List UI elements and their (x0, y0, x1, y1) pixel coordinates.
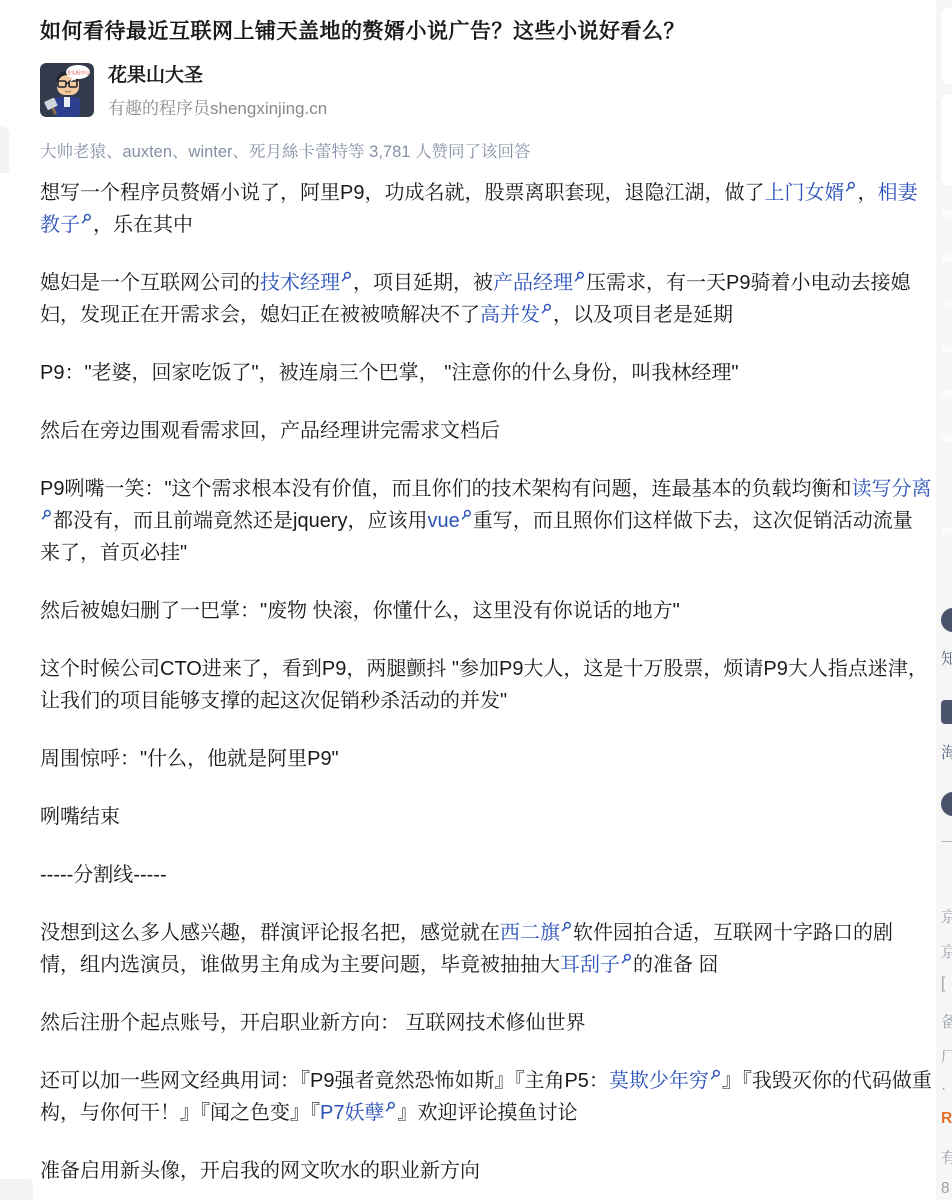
search-icon (541, 303, 552, 314)
answer-text: ， (857, 182, 877, 204)
answer-paragraph: 然后在旁边围观看需求回，产品经理讲完需求文档后 (40, 415, 932, 447)
answer-paragraph: P9："老婆，回家吃饭了"，被连扇三个巴掌， "注意你的什么身份，叫我林经理" (40, 357, 932, 389)
answer-text: ，项目延期，被 (353, 272, 493, 294)
sidebar-card[interactable] (941, 8, 952, 84)
sidebar-list-fragment (942, 390, 952, 397)
sidebar-footer-fragment: 8 (941, 1180, 950, 1198)
search-icon (461, 509, 472, 520)
sidebar-item-label: 海 (941, 740, 952, 763)
answer-paragraph: 准备启用新头像，开启我的网文吹水的职业新方向 (40, 1155, 932, 1187)
sidebar-item-icon[interactable] (941, 792, 952, 816)
answer-paragraph: 媳妇是一个互联网公司的技术经理，项目延期，被产品经理压需求，有一天P9骑着小电动… (40, 267, 932, 331)
sidebar-item-label: 一 (941, 830, 952, 853)
search-icon (561, 921, 572, 932)
avatar-illustration: 秃头程序员 (40, 63, 94, 117)
author-row: 秃头程序员 花果山大圣 有趣的程序员shengxinjing.cn (40, 60, 932, 119)
answer-text: 』欢迎评论摸鱼讨论 (397, 1102, 577, 1124)
inline-search-link[interactable]: P7妖孽 (320, 1102, 397, 1124)
sidebar-footer-fragment: 京 (941, 905, 952, 927)
author-bio: 有趣的程序员shengxinjing.cn (108, 94, 327, 119)
sidebar-list-fragment (942, 435, 952, 442)
answer-text: ，以及项目老是延期 (553, 304, 733, 326)
answer-text: 没想到这么多人感兴趣，群演评论报名把，感觉就在 (40, 922, 500, 944)
inline-search-link[interactable]: 产品经理 (493, 272, 586, 294)
answer-text: 想写一个程序员赘婿小说了，阿里P9，功成名就，股票离职套现，退隐江湖，做了 (40, 182, 764, 204)
search-icon (81, 213, 92, 224)
search-icon (621, 953, 632, 964)
author-avatar[interactable]: 秃头程序员 (40, 63, 94, 117)
inline-search-link[interactable]: 耳刮子 (560, 954, 633, 976)
sidebar-footer-fragment: 有 (941, 1146, 952, 1168)
answer-paragraph: P9咧嘴一笑："这个需求根本没有价值，而且你们的技术架构有问题，连最基本的负载均… (40, 473, 932, 569)
answer-text: -----分割线----- (40, 864, 167, 886)
sidebar-footer-fragment: 京 (941, 940, 952, 962)
author-texts: 花果山大圣 有趣的程序员shengxinjing.cn (108, 60, 327, 119)
question-title[interactable]: 如何看待最近互联网上铺天盖地的赘婿小说广告？这些小说好看么？ (40, 17, 932, 47)
sidebar-footer-fragment: [ (941, 975, 945, 993)
search-icon (574, 271, 585, 282)
inline-search-link[interactable]: vue (427, 510, 472, 532)
sidebar-list-fragment (942, 345, 952, 352)
sidebar-card[interactable] (941, 94, 952, 186)
search-icon (710, 1069, 721, 1080)
inline-search-link[interactable]: 莫欺少年穷 (609, 1070, 722, 1092)
sidebar-list-fragment (942, 210, 952, 217)
sidebar-list-fragment (942, 528, 952, 535)
inline-search-link[interactable]: 上门女婿 (764, 182, 857, 204)
search-icon (41, 509, 52, 520)
answer-paragraph: 想写一个程序员赘婿小说了，阿里P9，功成名就，股票离职套现，退隐江湖，做了上门女… (40, 177, 932, 241)
answer-text: 然后注册个起点账号，开启职业新方向： 互联网技术修仙世界 (40, 1012, 586, 1034)
answer-text: 都没有，而且前端竟然还是jquery，应该用 (53, 510, 427, 532)
answer-text: 还可以加一些网文经典用词：『P9强者竟然恐怖如斯』『主角P5： (40, 1070, 609, 1092)
answer-text: 然后被媳妇删了一巴掌："废物 快滚，你懂什么，这里没有你说话的地方" (40, 600, 680, 622)
search-icon (341, 271, 352, 282)
answer-main-column: 如何看待最近互联网上铺天盖地的赘婿小说广告？这些小说好看么？ (40, 0, 932, 1187)
answer-text: 周围惊呼："什么，他就是阿里P9" (40, 748, 339, 770)
left-window-edge-fragment-bottom (0, 1179, 33, 1200)
answer-paragraph: 没想到这么多人感兴趣，群演评论报名把，感觉就在西二旗软件园拍合适，互联网十字路口… (40, 917, 932, 981)
answer-paragraph: 周围惊呼："什么，他就是阿里P9" (40, 743, 932, 775)
sidebar-footer-fragment: 厂 (941, 1045, 952, 1067)
sidebar-item-icon[interactable] (941, 608, 952, 632)
answer-paragraph: 然后注册个起点账号，开启职业新方向： 互联网技术修仙世界 (40, 1007, 932, 1039)
svg-text:秃头程序员: 秃头程序员 (67, 69, 90, 76)
author-name[interactable]: 花果山大圣 (108, 60, 327, 87)
answer-text: ，乐在其中 (93, 214, 193, 236)
sidebar-list-fragment (942, 255, 952, 262)
inline-search-link[interactable]: 高并发 (480, 304, 553, 326)
answer-paragraph: 这个时候公司CTO进来了，看到P9，两腿颤抖 "参加P9大人，这是十万股票，烦请… (40, 653, 932, 717)
answer-paragraph: 还可以加一些网文经典用词：『P9强者竟然恐怖如斯』『主角P5：莫欺少年穷』『我毁… (40, 1065, 932, 1129)
answer-body: 想写一个程序员赘婿小说了，阿里P9，功成名就，股票离职套现，退隐江湖，做了上门女… (40, 177, 932, 1187)
inline-search-link[interactable]: 西二旗 (500, 922, 573, 944)
sidebar-footer-fragment: 备 (941, 1010, 952, 1032)
search-icon (845, 181, 856, 192)
answer-paragraph: 然后被媳妇删了一巴掌："废物 快滚，你懂什么，这里没有你说话的地方" (40, 595, 932, 627)
answer-text: 然后在旁边围观看需求回，产品经理讲完需求文档后 (40, 420, 500, 442)
answer-text: 咧嘴结束 (40, 806, 120, 828)
answer-text: 准备启用新头像，开启我的网文吹水的职业新方向 (40, 1160, 480, 1182)
sidebar-footer-fragment: · (941, 1080, 946, 1098)
answer-paragraph: -----分割线----- (40, 859, 932, 891)
question-answer-page: 如何看待最近互联网上铺天盖地的赘婿小说广告？这些小说好看么？ (0, 0, 952, 1200)
answer-text: 的准备 囧 (633, 954, 719, 976)
answer-text: P9："老婆，回家吃饭了"，被连扇三个巴掌， "注意你的什么身份，叫我林经理" (40, 362, 738, 384)
sidebar-list-fragment (942, 300, 952, 307)
clipped-right-sidebar: 知 海 一 京京[备厂·R有8 (936, 0, 952, 1200)
sidebar-item-label: 知 (941, 646, 952, 669)
left-window-edge-fragment (0, 127, 9, 173)
sidebar-item-icon[interactable] (941, 700, 952, 724)
answer-text: P9咧嘴一笑："这个需求根本没有价值，而且你们的技术架构有问题，连最基本的负载均… (40, 478, 852, 500)
upvoters-summary[interactable]: 大帅老猿、auxten、winter、死月絲卡蕾特等 3,781 人赞同了该回答 (40, 138, 932, 162)
answer-text: 媳妇是一个互联网公司的 (40, 272, 260, 294)
search-icon (385, 1101, 396, 1112)
answer-paragraph: 咧嘴结束 (40, 801, 932, 833)
inline-search-link[interactable]: 技术经理 (260, 272, 353, 294)
answer-text: 这个时候公司CTO进来了，看到P9，两腿颤抖 "参加P9大人，这是十万股票，烦请… (40, 658, 928, 712)
sidebar-footer-fragment: R (941, 1110, 952, 1128)
